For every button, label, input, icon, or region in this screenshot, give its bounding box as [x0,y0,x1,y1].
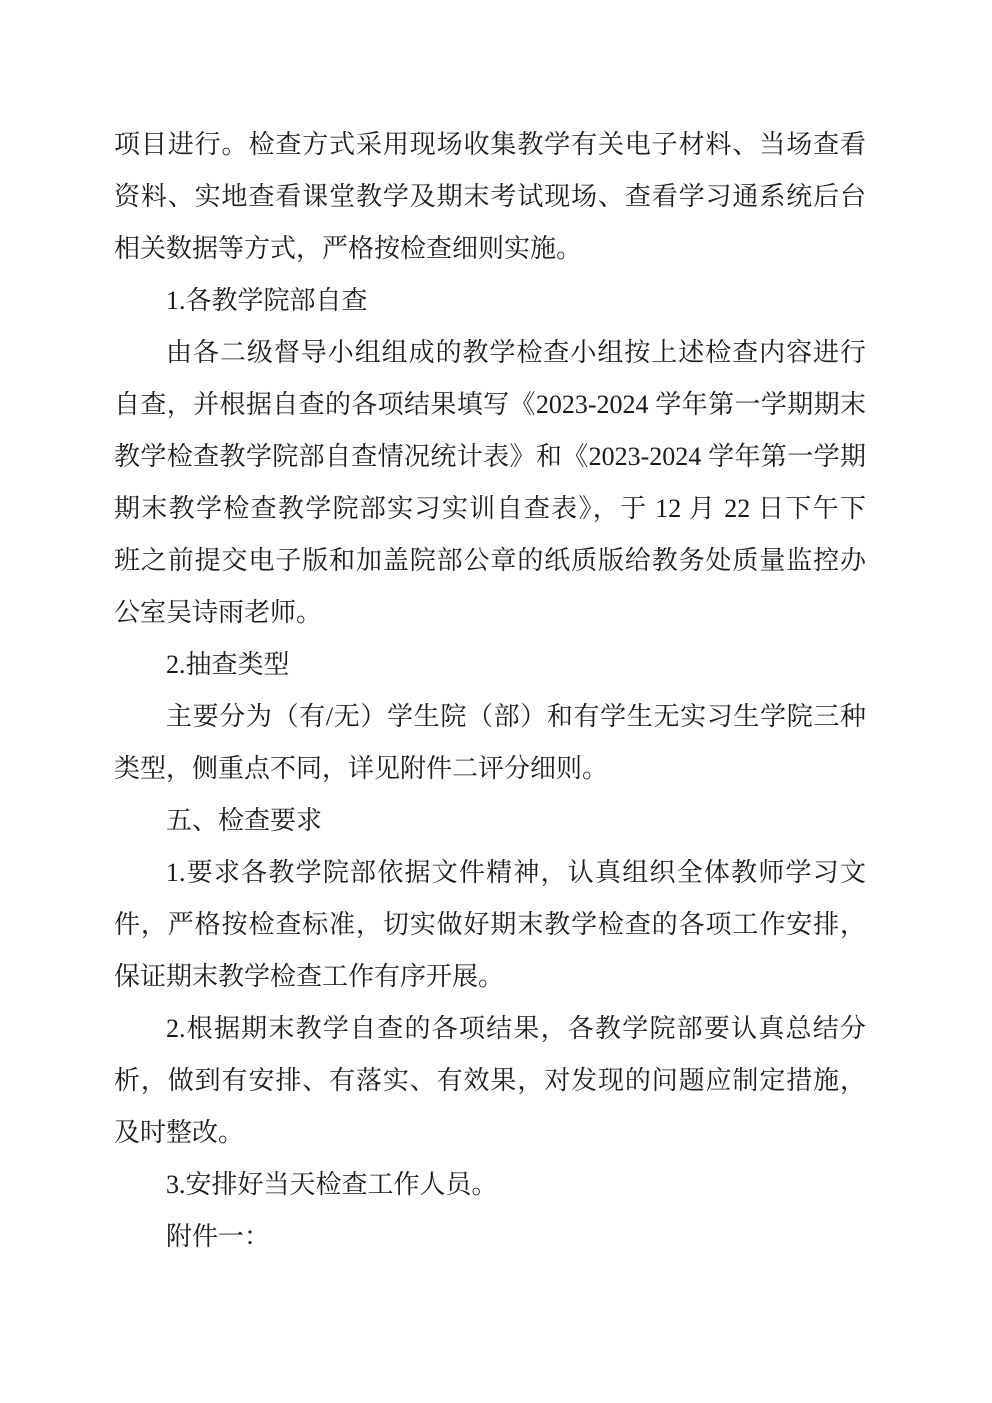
text-line: 教学检查教学院部自查情况统计表》和《2023-2024 学年第一学期 [114,431,866,483]
text-line-heading: 2.抽查类型 [114,639,866,691]
text-line: 保证期末教学检查工作有序开展。 [114,951,866,1003]
text-line: 及时整改。 [114,1107,866,1159]
text-line: 由各二级督导小组组成的教学检查小组按上述检查内容进行 [114,327,866,379]
text-line-section-heading: 五、检查要求 [114,795,866,847]
text-line: 1.要求各教学院部依据文件精神，认真组织全体教师学习文 [114,847,866,899]
text-line: 析，做到有安排、有落实、有效果，对发现的问题应制定措施， [114,1055,866,1107]
document-body: 项目进行。检查方式采用现场收集教学有关电子材料、当场查看 资料、实地查看课堂教学… [114,119,866,1263]
text-line: 资料、实地查看课堂教学及期末考试现场、查看学习通系统后台 [114,171,866,223]
text-line: 班之前提交电子版和加盖院部公章的纸质版给教务处质量监控办 [114,535,866,587]
text-line-attachment-label: 附件一： [114,1211,866,1263]
text-line: 项目进行。检查方式采用现场收集教学有关电子材料、当场查看 [114,119,866,171]
text-line: 自查，并根据自查的各项结果填写《2023-2024 学年第一学期期末 [114,379,866,431]
text-line: 相关数据等方式，严格按检查细则实施。 [114,223,866,275]
text-line: 件，严格按检查标准，切实做好期末教学检查的各项工作安排， [114,899,866,951]
text-line: 公室吴诗雨老师。 [114,587,866,639]
text-line: 3.安排好当天检查工作人员。 [114,1159,866,1211]
text-line: 类型，侧重点不同，详见附件二评分细则。 [114,743,866,795]
text-line: 主要分为（有/无）学生院（部）和有学生无实习生学院三种 [114,691,866,743]
text-line: 2.根据期末教学自查的各项结果，各教学院部要认真总结分 [114,1003,866,1055]
text-line-heading: 1.各教学院部自查 [114,275,866,327]
text-line: 期末教学检查教学院部实习实训自查表》，于 12 月 22 日下午下 [114,483,866,535]
document-page: 项目进行。检查方式采用现场收集教学有关电子材料、当场查看 资料、实地查看课堂教学… [0,0,992,1403]
